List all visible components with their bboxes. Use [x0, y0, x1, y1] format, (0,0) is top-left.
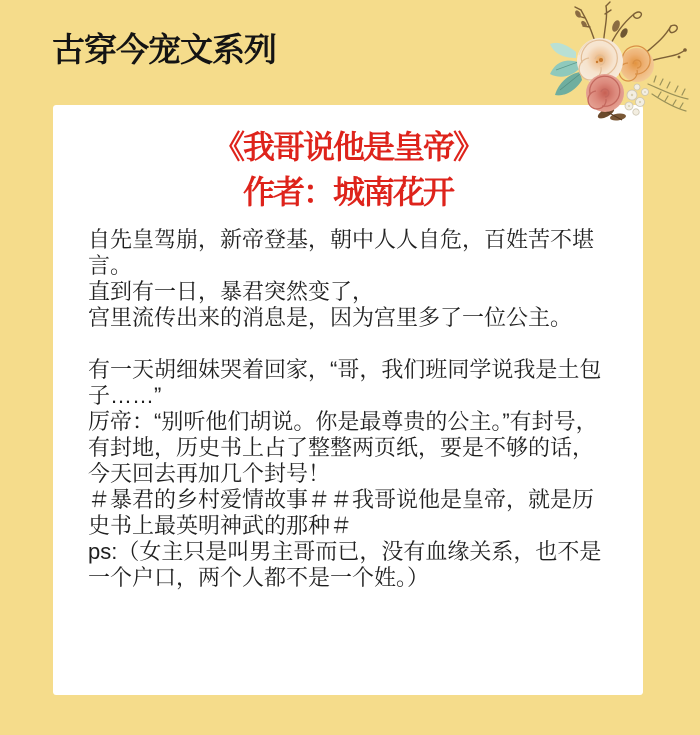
coral-rose: [586, 74, 624, 112]
book-description: 自先皇驾崩，新帝登基，朝中人人自危，百姓苦不堪言。 直到有一日，暴君突然变了， …: [88, 227, 608, 591]
fern-sprigs: [648, 76, 688, 111]
white-flower-cluster: [625, 84, 649, 115]
book-card: 《我哥说他是皇帝》 作者：城南花开 自先皇驾崩，新帝登基，朝中人人自危，百姓苦不…: [53, 105, 643, 695]
orange-rose: [619, 46, 654, 82]
book-author: 作者：城南花开: [53, 170, 643, 215]
series-title: 古穿今宠文系列: [52, 33, 276, 66]
teal-leaves: [550, 43, 582, 95]
flower-bouquet-icon: [548, 0, 698, 128]
